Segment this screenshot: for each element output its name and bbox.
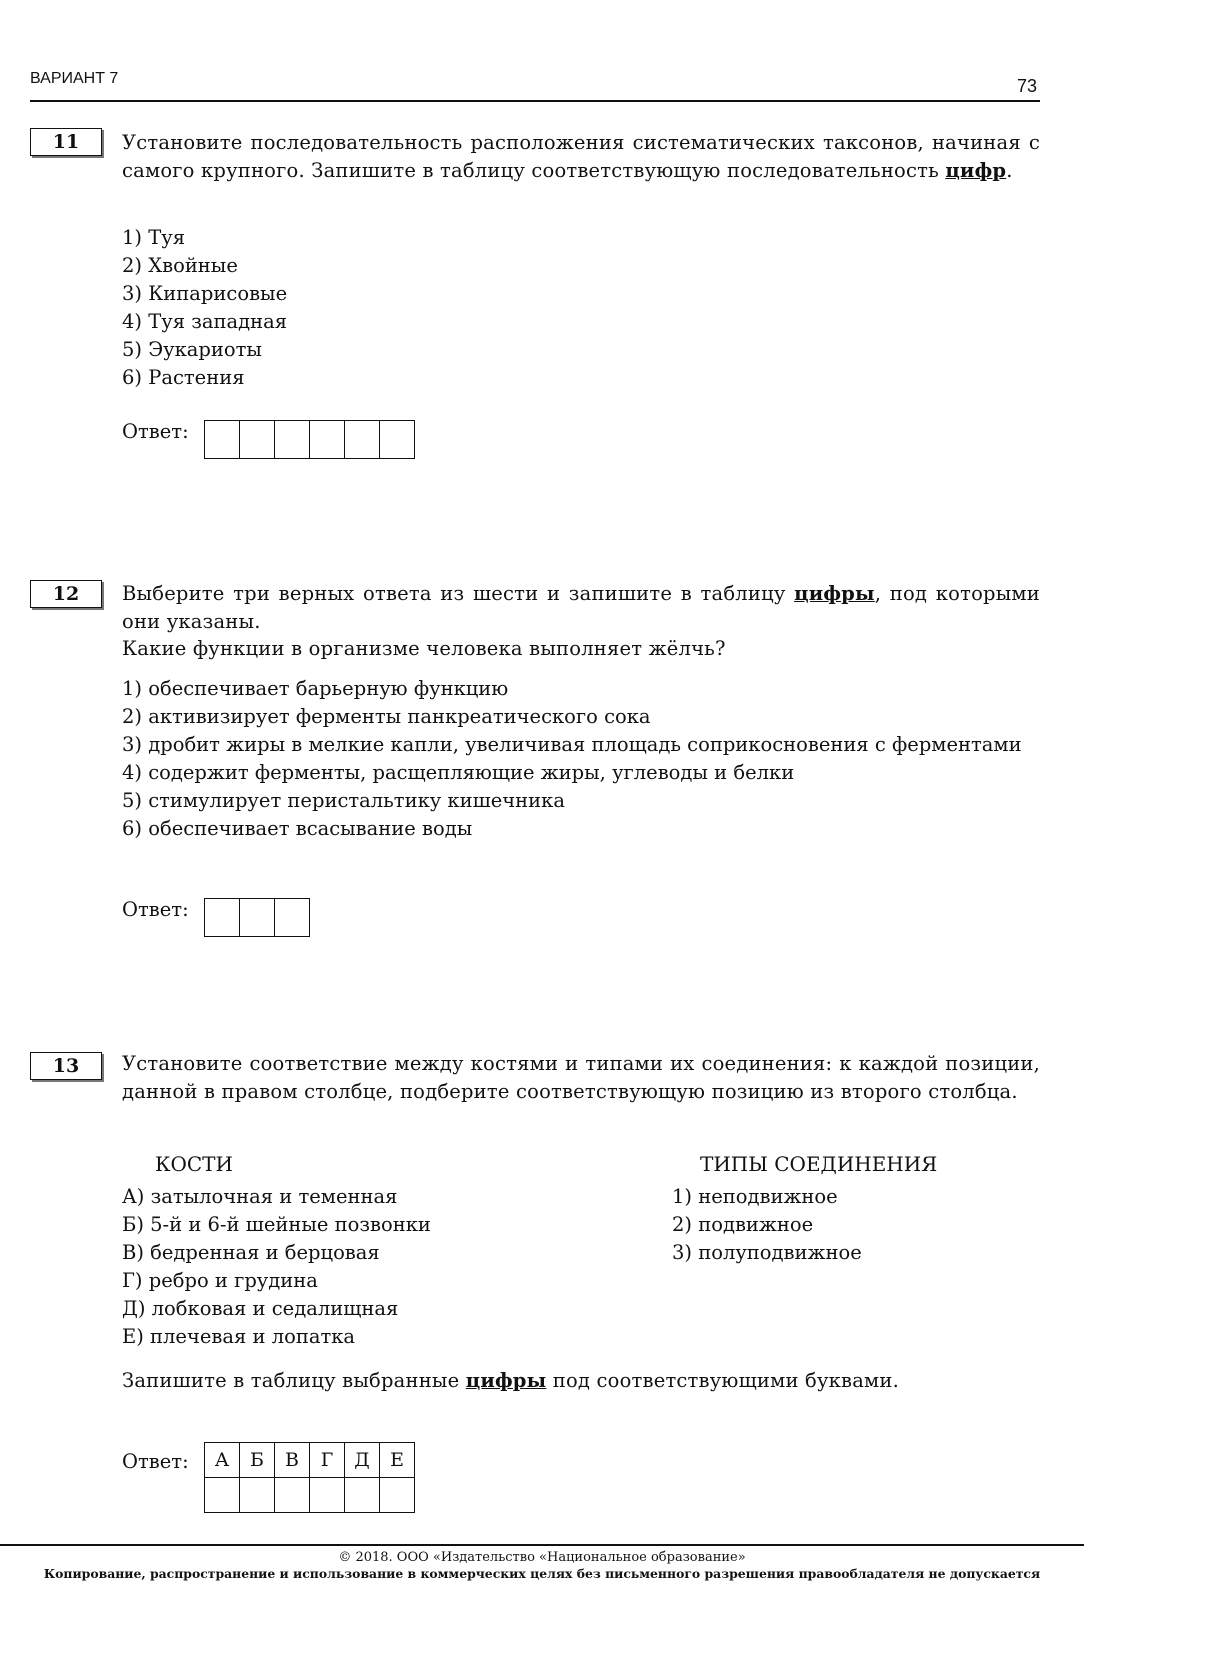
q11-option: 6) Растения [122, 364, 287, 392]
q11-option: 5) Эукариоты [122, 336, 287, 364]
answer-cell[interactable] [275, 899, 309, 936]
letter-cell: Г [310, 1443, 345, 1478]
q13-instruction-emphasis: цифры [466, 1369, 547, 1392]
joint-types-list: 1) неподвижное 2) подвижное 3) полуподви… [672, 1183, 862, 1267]
q12-option: 5) стимулирует перистальтику кишечника [122, 787, 1070, 815]
q12-prompt: Выберите три верных ответа из шести и за… [122, 580, 1040, 635]
bones-item: Б) 5-й и 6-й шейные позвонки [122, 1211, 431, 1239]
q12-option: 1) обеспечивает барьерную функцию [122, 675, 1070, 703]
answer-cell[interactable] [345, 421, 380, 458]
answer-cell[interactable] [205, 1478, 240, 1513]
joint-types-column-header: ТИПЫ СОЕДИНЕНИЯ [700, 1152, 937, 1176]
bones-item: Д) лобковая и седалищная [122, 1295, 431, 1323]
letter-cell: Б [240, 1443, 275, 1478]
answer-cell[interactable] [205, 899, 240, 936]
q11-option: 2) Хвойные [122, 252, 287, 280]
q13-instruction-end: под соответствующими буквами. [546, 1369, 899, 1392]
q11-option: 4) Туя западная [122, 308, 287, 336]
q13-answer-table: А Б В Г Д Е [204, 1442, 415, 1513]
joint-type-item: 1) неподвижное [672, 1183, 862, 1211]
bones-item: Е) плечевая и лопатка [122, 1323, 431, 1351]
joint-type-item: 3) полуподвижное [672, 1239, 862, 1267]
answer-cell[interactable] [345, 1478, 380, 1513]
answer-cell[interactable] [240, 421, 275, 458]
answer-cell[interactable] [380, 1478, 415, 1513]
variant-label: ВАРИАНТ 7 [30, 70, 118, 88]
bones-list: А) затылочная и теменная Б) 5-й и 6-й ше… [122, 1183, 431, 1351]
q13-prompt: Установите соответствие между костями и … [122, 1050, 1040, 1105]
answer-cell[interactable] [205, 421, 240, 458]
q13-instruction: Запишите в таблицу выбранные цифры под с… [122, 1367, 1040, 1395]
footer-divider [0, 1544, 1084, 1546]
answer-cell[interactable] [310, 1478, 345, 1513]
answer-cell[interactable] [240, 899, 275, 936]
answer-cell[interactable] [310, 421, 345, 458]
q12-option: 3) дробит жиры в мелкие капли, увеличива… [122, 731, 1070, 759]
bones-column-header: КОСТИ [155, 1152, 233, 1176]
answer-cell[interactable] [380, 421, 414, 458]
q12-options: 1) обеспечивает барьерную функцию 2) акт… [122, 675, 1070, 843]
q12-answer-box[interactable] [204, 898, 310, 937]
q12-prompt-text: Выберите три верных ответа из шести и за… [122, 582, 794, 605]
q12-answer-label: Ответ: [122, 898, 189, 921]
footer-copyright: © 2018. ООО «Издательство «Национальное … [0, 1550, 1084, 1565]
question-number-11: 11 [30, 128, 102, 156]
letter-cell: А [205, 1443, 240, 1478]
q12-question: Какие функции в организме человека выпол… [122, 635, 1040, 663]
q13-instruction-text: Запишите в таблицу выбранные [122, 1369, 466, 1392]
letter-cell: Е [380, 1443, 415, 1478]
q11-prompt-end: . [1006, 159, 1012, 182]
q11-options: 1) Туя 2) Хвойные 3) Кипарисовые 4) Туя … [122, 224, 287, 392]
answer-cell[interactable] [240, 1478, 275, 1513]
bones-item: В) бедренная и берцовая [122, 1239, 431, 1267]
answer-cell[interactable] [275, 421, 310, 458]
q11-option: 3) Кипарисовые [122, 280, 287, 308]
bones-item: А) затылочная и теменная [122, 1183, 431, 1211]
q12-option: 2) активизирует ферменты панкреатическог… [122, 703, 1070, 731]
q12-option: 6) обеспечивает всасывание воды [122, 815, 1070, 843]
header-divider [30, 100, 1040, 102]
q12-option: 4) содержит ферменты, расщепляющие жиры,… [122, 759, 1070, 787]
q11-answer-label: Ответ: [122, 420, 189, 443]
q13-answer-label: Ответ: [122, 1450, 189, 1473]
question-number-12: 12 [30, 580, 102, 608]
page-number: 73 [1017, 76, 1037, 97]
letter-cell: В [275, 1443, 310, 1478]
q11-option: 1) Туя [122, 224, 287, 252]
q12-prompt-emphasis: цифры [794, 582, 875, 605]
bones-item: Г) ребро и грудина [122, 1267, 431, 1295]
q11-prompt: Установите последовательность расположен… [122, 129, 1040, 184]
question-number-13: 13 [30, 1052, 102, 1080]
q11-prompt-text: Установите последовательность расположен… [122, 131, 1040, 182]
footer-notice: Копирование, распространение и использов… [0, 1566, 1084, 1581]
answer-cell[interactable] [275, 1478, 310, 1513]
q11-answer-box[interactable] [204, 420, 415, 459]
q11-prompt-emphasis: цифр [945, 159, 1006, 182]
letter-cell: Д [345, 1443, 380, 1478]
joint-type-item: 2) подвижное [672, 1211, 862, 1239]
